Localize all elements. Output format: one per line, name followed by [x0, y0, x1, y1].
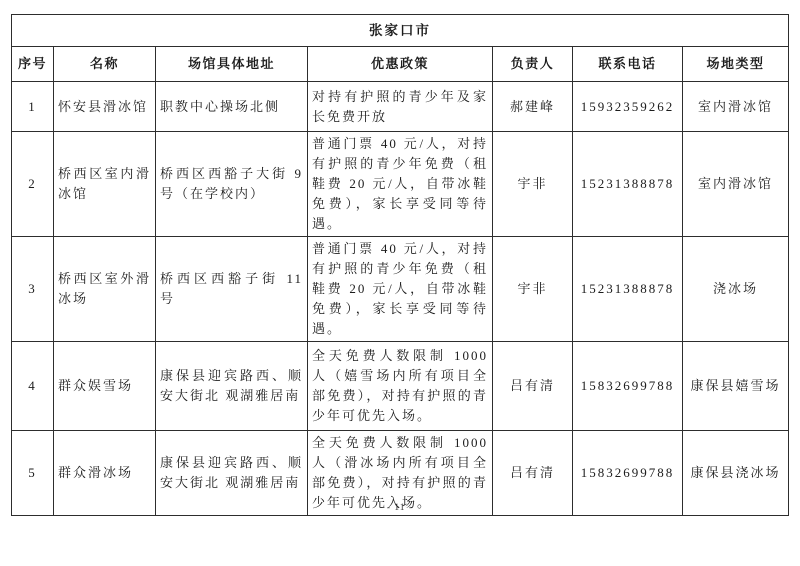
cell-index: 3	[12, 237, 54, 342]
cell-address: 桥西区西豁子街 11 号	[156, 237, 308, 342]
cell-manager: 吕有清	[493, 342, 573, 431]
page-number: - 11 -	[0, 503, 800, 513]
col-header-address: 场馆具体地址	[156, 47, 308, 82]
cell-type: 浇冰场	[683, 237, 789, 342]
cell-type: 室内滑冰馆	[683, 132, 789, 237]
cell-policy: 普通门票 40 元/人，对持有护照的青少年免费（租鞋费 20 元/人，自带冰鞋免…	[308, 237, 493, 342]
table-row: 1 怀安县滑冰馆 职教中心操场北侧 对持有护照的青少年及家长免费开放 郝建峰 1…	[12, 82, 789, 132]
cell-name: 桥西区室外滑冰场	[54, 237, 156, 342]
cell-phone: 15231388878	[573, 132, 683, 237]
cell-type: 室内滑冰馆	[683, 82, 789, 132]
col-header-name: 名称	[54, 47, 156, 82]
cell-policy: 全天免费人数限制 1000 人（嬉雪场内所有项目全部免费），对持有护照的青少年可…	[308, 342, 493, 431]
cell-address: 康保县迎宾路西、顺安大街北 观湖雅居南	[156, 342, 308, 431]
table-row: 4 群众娱雪场 康保县迎宾路西、顺安大街北 观湖雅居南 全天免费人数限制 100…	[12, 342, 789, 431]
cell-type: 康保县嬉雪场	[683, 342, 789, 431]
col-header-phone: 联系电话	[573, 47, 683, 82]
cell-phone: 15231388878	[573, 237, 683, 342]
col-header-policy: 优惠政策	[308, 47, 493, 82]
col-header-manager: 负责人	[493, 47, 573, 82]
venues-table: 张家口市 序号 名称 场馆具体地址 优惠政策 负责人 联系电话 场地类型 1 怀…	[11, 14, 789, 516]
cell-address: 职教中心操场北侧	[156, 82, 308, 132]
cell-index: 1	[12, 82, 54, 132]
cell-policy: 普通门票 40 元/人，对持有护照的青少年免费（租鞋费 20 元/人，自带冰鞋免…	[308, 132, 493, 237]
cell-manager: 宇非	[493, 237, 573, 342]
cell-phone: 15932359262	[573, 82, 683, 132]
cell-name: 怀安县滑冰馆	[54, 82, 156, 132]
table-title-row: 张家口市	[12, 15, 789, 47]
cell-index: 4	[12, 342, 54, 431]
cell-manager: 郝建峰	[493, 82, 573, 132]
cell-address: 桥西区西豁子大街 9 号（在学校内）	[156, 132, 308, 237]
document-page: 张家口市 序号 名称 场馆具体地址 优惠政策 负责人 联系电话 场地类型 1 怀…	[0, 0, 800, 566]
cell-manager: 宇非	[493, 132, 573, 237]
cell-phone: 15832699788	[573, 342, 683, 431]
table-row: 3 桥西区室外滑冰场 桥西区西豁子街 11 号 普通门票 40 元/人，对持有护…	[12, 237, 789, 342]
table-row: 2 桥西区室内滑冰馆 桥西区西豁子大街 9 号（在学校内） 普通门票 40 元/…	[12, 132, 789, 237]
cell-name: 桥西区室内滑冰馆	[54, 132, 156, 237]
cell-policy: 对持有护照的青少年及家长免费开放	[308, 82, 493, 132]
table-header-row: 序号 名称 场馆具体地址 优惠政策 负责人 联系电话 场地类型	[12, 47, 789, 82]
table-title: 张家口市	[12, 15, 789, 47]
col-header-type: 场地类型	[683, 47, 789, 82]
cell-index: 2	[12, 132, 54, 237]
cell-name: 群众娱雪场	[54, 342, 156, 431]
col-header-index: 序号	[12, 47, 54, 82]
